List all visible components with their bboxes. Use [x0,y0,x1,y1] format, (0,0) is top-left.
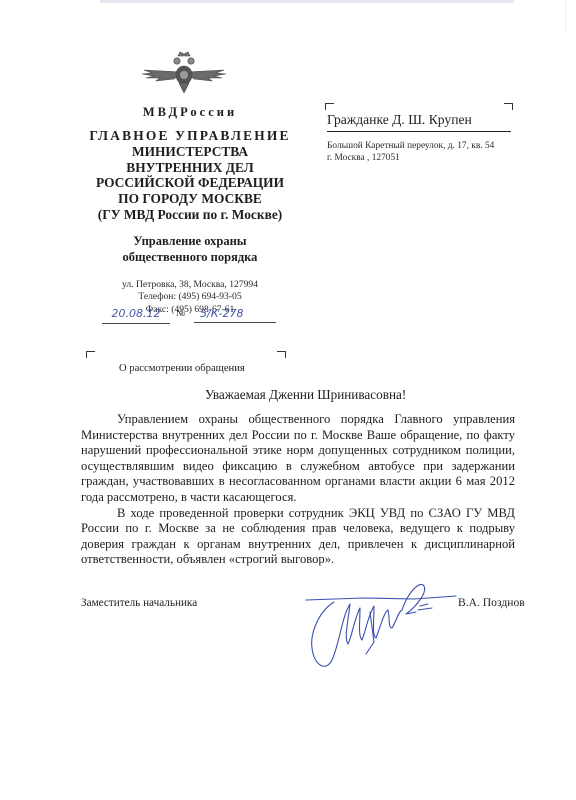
agency-line: (ГУ МВД России по г. Москве) [80,207,300,223]
agency-name: ГЛАВНОЕ УПРАВЛЕНИЕ МИНИСТЕРСТВА ВНУТРЕНН… [80,128,300,223]
address-text: ул. Петровка, 38, Москва, 127994 [80,279,300,292]
ministry-title: МВДРоссии [80,102,300,122]
agency-line: ПО ГОРОДУ МОСКВЕ [80,191,300,207]
recipient-address-line: г. Москва , 127051 [327,153,511,165]
recipient-corner-mark-left [325,103,334,110]
salutation: Уважаемая Дженни Шринивасовна! [205,387,406,403]
agency-line: РОССИЙСКОЙ ФЕДЕРАЦИИ [80,175,300,191]
number-sign: № [176,309,185,319]
signatory-name: В.А. Позднов [458,596,525,609]
recipient-address-line: Большой Каретный переулок, д. 17, кв. 54 [327,141,511,153]
agency-line: ВНУТРЕННИХ ДЕЛ [80,160,300,176]
scan-top-edge [100,0,514,3]
letterhead: МВДРоссии ГЛАВНОЕ УПРАВЛЕНИЕ МИНИСТЕРСТВ… [80,102,300,316]
reference-line: 20.08.12 № 5/К-278 [102,305,277,327]
agency-line: ГЛАВНОЕ УПРАВЛЕНИЕ [80,128,300,144]
recipient-address: Большой Каретный переулок, д. 17, кв. 54… [327,141,511,164]
scan-right-edge [565,0,566,30]
handwritten-date: 20.08.12 [102,305,170,324]
body-paragraph: Управлением охраны общественного порядка… [81,412,515,506]
handwritten-reference-number: 5/К-278 [194,305,276,323]
body-paragraph: В ходе проведенной проверки сотрудник ЭК… [81,506,515,568]
phone-text: Телефон: (495) 694-93-05 [80,291,300,304]
signatory-role: Заместитель начальника [81,597,197,609]
department-name: Управление охраны общественного порядка [80,233,300,265]
handwritten-signature-icon [304,582,464,674]
subject-line: О рассмотрении обращения [119,363,245,374]
letter-body: Управлением охраны общественного порядка… [81,412,515,568]
recipient-name: Гражданке Д. Ш. Крупен [327,112,511,132]
department-line: общественного порядка [80,249,300,265]
agency-line: МИНИСТЕРСТВА [80,144,300,160]
recipient-block: Гражданке Д. Ш. Крупен Большой Каретный … [327,112,511,164]
subject-corner-mark-left [86,351,95,358]
department-line: Управление охраны [80,233,300,249]
double-headed-eagle-emblem-icon [134,48,234,98]
recipient-corner-mark-right [504,103,513,110]
subject-corner-mark-right [277,351,286,358]
